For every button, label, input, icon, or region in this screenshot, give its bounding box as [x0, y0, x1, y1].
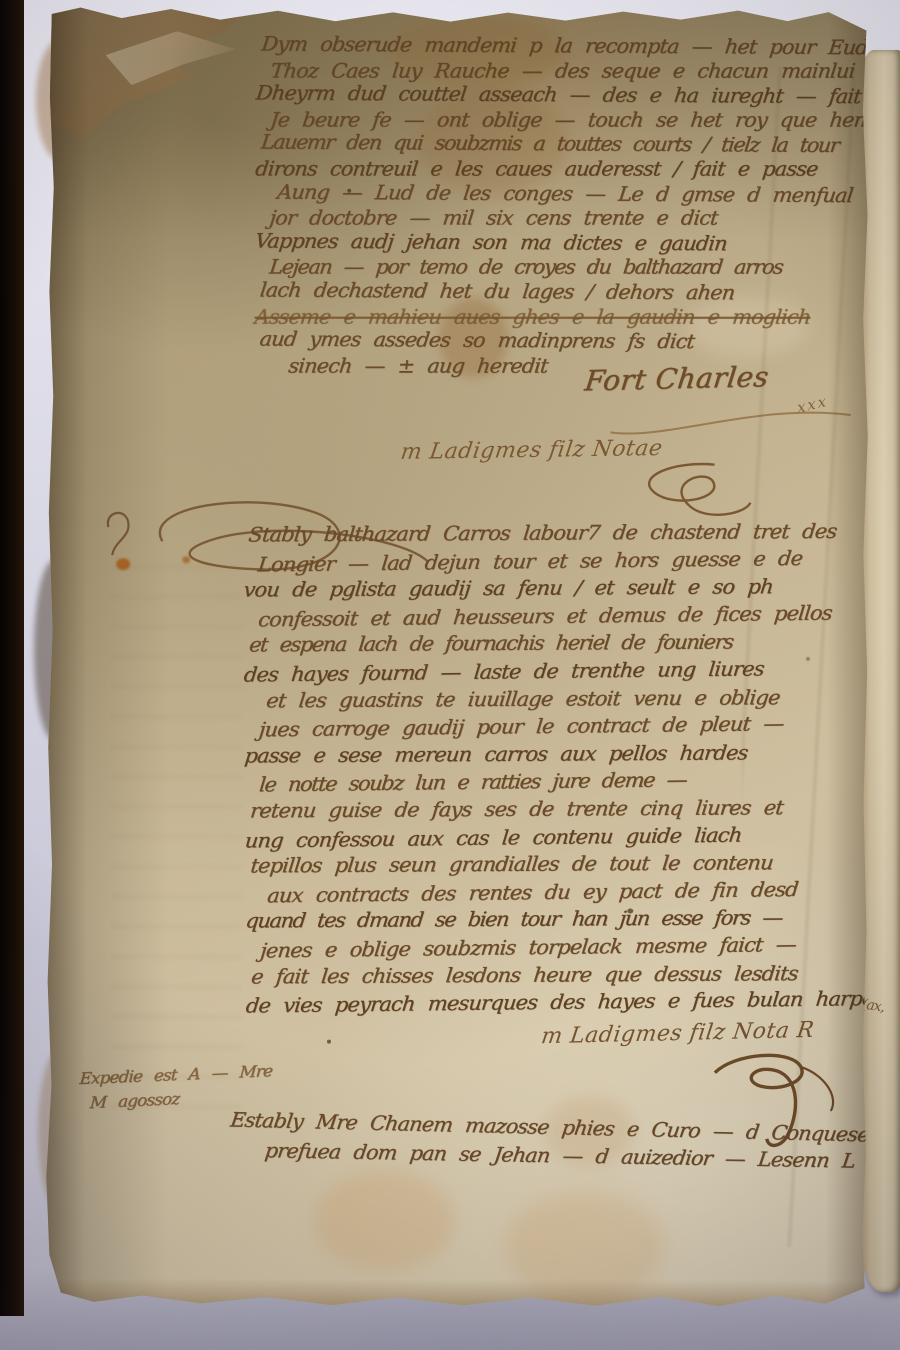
handwritten-line: Dym obserude mandemi p la recompta — het…: [260, 31, 900, 60]
rust-stain: [116, 558, 130, 570]
notary-signature-1: m Ladigmes filz Notae: [399, 436, 664, 465]
handwritten-line: lach dechastend het du lages / dehors ah…: [259, 277, 900, 306]
rust-stain: [182, 556, 190, 563]
handwritten-line: Lauemr den qui soubzmis a touttes courts…: [260, 130, 900, 159]
verso-showthrough: [111, 565, 242, 1125]
handwritten-line: Lejean — por temo de croyes du balthazar…: [268, 255, 900, 280]
signature-flourish-marks: xxx: [797, 391, 829, 417]
party-signature: Fort Charles: [583, 360, 771, 397]
handwritten-line: dirons contreuil e les caues auderesst /…: [254, 156, 900, 181]
stain: [314, 1171, 454, 1271]
notary-signature-2: m Ladigmes filz Nota R: [540, 1018, 816, 1050]
stain: [504, 1191, 664, 1301]
handwritten-line: Thoz Caes luy Rauche — des seque e chacu…: [269, 58, 900, 83]
manuscript-photo: (ax, Dym obserude mandemi p la recompta …: [0, 0, 900, 1350]
manuscript-page: Dym obserude mandemi p la recompta — het…: [44, 5, 869, 1309]
act-2-text: Stably balthazard Carros labour7 de chas…: [248, 517, 900, 1018]
act-3-text: Estably Mre Chanem mazosse phies e Curo …: [230, 1105, 900, 1177]
next-page-ink-fragment: (ax,: [861, 997, 885, 1016]
ink-speck: [327, 1040, 331, 1044]
handwritten-line: aud ymes assedes so madinprens fs dict: [258, 327, 900, 356]
handwritten-line: Je beure fe — ont oblige — touch se het …: [269, 107, 900, 132]
handwritten-line: Vappnes audj jehan son ma dictes e gaudi…: [254, 228, 900, 257]
handwritten-line: jor doctobre — mil six cens trente e dic…: [268, 206, 900, 231]
act-1-text: Dym obserude mandemi p la recompta — het…: [260, 31, 900, 379]
handwritten-line: Dheyrm dud couttel asseach — des e ha iu…: [255, 81, 900, 110]
handwritten-line: Asseme e mahieu aues ghes e la gaudin e …: [253, 304, 900, 329]
handwritten-line: Aung — Lud de les conges — Le d gmse d m…: [276, 179, 900, 208]
